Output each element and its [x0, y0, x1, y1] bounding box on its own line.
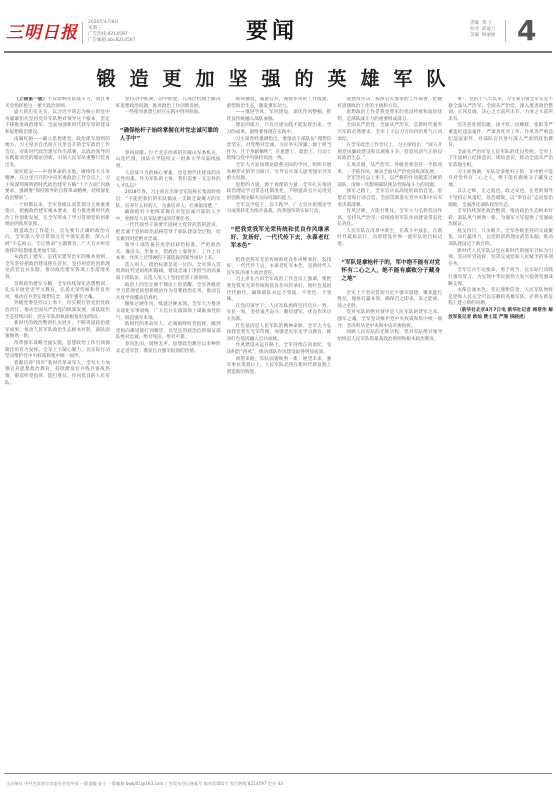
paragraph: 锻造政治工作能力，首先要有正确的政治方向。全军深入学习贯彻习近平强军思想，深入开… — [5, 229, 110, 255]
paragraph: 人是战斗力的核心要素，也是现代化建设的决定性因素。作为军队的主体，我们需要一支怎… — [116, 171, 221, 191]
paragraph: 在党的领导下，人民军队始终坚持官兵一致、军民一致，坚持艰苦奋斗、勤俭建军，优良作… — [227, 304, 332, 324]
paragraph: 事”，党的十八大以来，习主席引领全军坚定不移全面从严治军，全面从严治党，深入推进… — [448, 97, 553, 123]
paragraph: 全军坚持以上率下，以严格的作风锻造过硬的部队，清除一切影响部队纯洁性和战斗力的问… — [337, 176, 442, 189]
paragraph: 贯彻政治建军方略，全军持续深化思想整训，扎实开展党史学习教育，弘扬光荣传统和优良… — [5, 282, 110, 302]
paragraph: 理论的威力，只有付诸实践才能发挥出来。学习的成果，最终要体现在实践中。 — [227, 123, 332, 136]
paragraph: 红色基因是人民军队的精神命脉。全军大力弘扬我党我军光荣传统，加强党史军史学习教育… — [227, 324, 332, 344]
paragraph: 政治上的坚定源于理论上的清醒。全军各级把学习贯彻党的创新理论作为首要政治任务，推… — [116, 283, 221, 303]
paragraph: 新时代的革命军人，必须始终听党指挥，做到党指向哪里就打到哪里，以坚定的政治信仰保… — [116, 322, 221, 342]
article-headline: 锻造更加坚强的英雄军队 — [0, 64, 556, 91]
paragraph: 强军之路上，全军官兵以高度的政治自觉、思想自觉和行动自觉，全面贯彻落实党中央和中… — [337, 189, 442, 209]
paragraph: 新时代的政治整训扎实展开，不断巩固政治建军成果，推动人民军队政治生态根本好转，部… — [5, 321, 110, 341]
paragraph: 习主席在古田全军政治工作会议上强调，要把我党我军光荣传统和优良作风传承好，使红色… — [227, 277, 332, 303]
article-byline: （新华社北京4月7日电 新华社记者 梅常伟 解放军报记者 欧灿 费士廷 严珊 钱… — [448, 308, 553, 321]
paragraph: 南湖红船——确立思想建党、政治建军原则的地方。习主席亲自出席在这里召开的全军政治… — [5, 137, 110, 170]
column-2: 坚持动中抓教，动中抓建，在深层机理上解决好思想政治问题，推进政治工作创新发展。 … — [116, 97, 221, 763]
paragraph: 坚决查处郭伯雄、徐才厚、房峰辉、张阳等严重违纪违法案件，严肃查处对工作、作风等严… — [448, 123, 553, 149]
paragraph: 在全军政治工作会议上，习主席指出：“深入开展党风廉政建设和反腐败斗争，营造风清气… — [337, 143, 442, 163]
subheading-1: “确保枪杆子始终掌握在对党忠诚可靠的人手中” — [120, 127, 219, 143]
footer-rule — [4, 773, 552, 774]
paragraph: 全面从严治党、全面从严治军，是新时代强军兴军的必然要求，全军上下以刀刃向内的勇气… — [337, 123, 442, 143]
paragraph: 视频播放，诚邀官兵，锤炼作风的工作成就，重塑政治生态，激发强军动力。 — [227, 97, 332, 110]
paragraph: 各级党委坚持以上率下，切实履行管党治党政治责任，推动全面从严治党向纵深发展，部队… — [5, 301, 110, 321]
paragraph: 回望来路，军队面貌焕然一新；展望未来，强军事业蒸蒸日上。人民军队必将在新时代新征… — [227, 357, 332, 377]
paragraph: 确保枪杆子始终掌握在对党忠诚可靠的人手中，始终是人民军队建设的首要任务。 — [116, 210, 221, 223]
paragraph: 正风反腐，从严治军。各级党委坚持一手抓改革，一手抓作风，推动全面从严治党向纵深发… — [337, 163, 442, 176]
paragraph: 习主席曾经强调指出，要推动干部队伍“理想信念坚定、对党绝对忠诚、为民务实清廉、敢… — [227, 137, 332, 163]
subheading-3: “军队是拿枪杆子的，军中绝不能有对党怀有二心之人，绝不能有腐败分子藏身之地” — [341, 259, 440, 283]
header-rule — [4, 51, 552, 53]
issue-meta: 2020年4月8日 星期三 广告热线:8214597 广告邮箱:abc82145… — [88, 20, 136, 44]
paragraph: 习主席强调，军队是拿枪杆子的，军中绝不能有对党怀有二心之人，绝不能有腐败分子藏身… — [448, 170, 553, 190]
paragraph: 作风过硬，方能打胜仗。全军大力弘扬优良作风，坚持从严治军，持续推进军队作风建设常… — [337, 209, 442, 229]
paragraph: 思想政治工作是我党我军的优良传统和政治优势，是部队战斗力的重要组成部分。 — [337, 110, 442, 123]
paragraph: 回顾人民军队的光辉历程，党对军队绝对领导始终是人民军队的最高政治原则和根本政治制… — [337, 330, 442, 343]
paragraph: 一个时期以来，全军各级认真贯彻习主席重要指示，把握政治建军根本要求，着力推进新时… — [5, 203, 110, 229]
subheading-2: “把我党我军光荣传统和优良作风继承好、发扬好，一代代传下去，永葆老红军本色” — [231, 226, 330, 250]
paragraph: 把我党我军光荣传统和优良作风继承好、发扬好，一代代传下去，永葆老红军本色，是新时… — [227, 258, 332, 278]
paragraph: 着眼培养“四有”新时代革命军人，全军大力加强官兵思想政治教育，持续激发官兵练兵备… — [5, 361, 110, 387]
paragraph: 一些指导思想已经在实践中得到检验。 — [116, 110, 221, 117]
paragraph: 全军官兵牢记使命，勇于担当，以实际行动践行强军誓言，为实现中华民族伟大复兴提供坚… — [448, 268, 553, 288]
column-3: 视频播放，诚邀官兵，锤炼作风的工作成就，重塑政治生态，激发强军动力。 ——推进学… — [227, 97, 332, 763]
ad-mailbox: 广告邮箱:abc8214597 — [88, 38, 136, 44]
paragraph: 全面从严治军是人民军队的优良传统。全军上下牢固树立纪律意识、规矩意识，推动全面从… — [448, 150, 553, 170]
paragraph: 锤炼过硬作风，练就过硬本领。全军大力推进实战化军事训练，广大官兵在演训场上砥砺血… — [116, 302, 221, 322]
column-5: 事”，党的十八大以来，习主席引领全军坚定不移全面从严治军，全面从严治党，深入推进… — [448, 97, 553, 763]
paragraph: 永葆忠诚本色，坚定理想信念。人民军队始终是党和人民完全可以信赖的英雄军队，必将在… — [448, 288, 553, 308]
paragraph: 党对军队的绝对领导是人民军队的建军之本、强军之魂。全军坚决维护党中央权威和集中统… — [337, 310, 442, 330]
paragraph: 枕戈待旦，只争朝夕。全军各级坚持向实战聚焦、向打赢用力，以党的创新理论武装头脑，… — [448, 229, 553, 249]
paragraph: 领导干部选拔任用坚持政治标准，严把政治关、廉洁关、形象关，把政治上靠得住、工作上… — [116, 243, 221, 263]
paragraph: 一代代领导干部要牢固树立党管武装的意识，把忠诚于党的政治品格贯穿于部队建设全过程… — [116, 223, 221, 243]
paragraph: 盛大的历史关头，以习近平同志为核心的党中央紧紧扭住坚持党对军队绝对领导这个根本，… — [5, 110, 110, 136]
column-1: （上接第一版）不仅影响军队战斗力，而且事关党指挥枪这一重大政治原则。 盛大的历史… — [5, 97, 110, 763]
paragraph: 2018年春，习主席在出席全军院校长集训时指出：“不能把我们的军队搞成一支缺乏凝… — [116, 190, 221, 210]
paragraph: 人民军队在改革中新生，在战斗中成长，在新时代砥砺前行，向着建设世界一流军队的目标… — [337, 229, 442, 249]
paragraph: 春风化雨，润物无声。思想政治教育以多种形式走进军营，激发官兵强军报国的热情。 — [116, 342, 221, 355]
paragraph: 从政治上建军，是我军建军治军的根本原则。全军坚持把政治建设摆在首位，坚持用党的创… — [5, 255, 110, 281]
paragraph: 全军持续深化政治整训，推动政治生态根本好转，部队风气焕然一新，为强军兴军提供了坚… — [448, 209, 553, 229]
paragraph: 能整改坚决、按照有关要求的工作部署，把握好思想政治工作的主线和方向。 — [337, 97, 442, 110]
imprint-footer: 主办单位 中共巴彦淖尔市委员会宣传部 一版责编 安子 一版邮箱 bwbj01@1… — [6, 781, 552, 787]
continuation-tag: （上接第一版） — [14, 97, 48, 102]
paragraph: 春风送暖。位于北京西郊的宫殿山军委机关，山花烂漫。国防大学院校又一批师大学员陆续… — [116, 151, 221, 171]
paragraph: 坚持动中抓教，动中抓建，在深层机理上解决好思想政治问题，推进政治工作创新发展。 — [116, 97, 221, 110]
column-4: 能整改坚决、按照有关要求的工作部署，把握好思想政治工作的主线和方向。 思想政治工… — [337, 97, 442, 763]
section-title: 要闻 — [246, 14, 298, 45]
paragraph: 探究延安——中国革命的圣地，赓续伟大斗争精神。在这里召开的中央军委政治工作会议上… — [5, 170, 110, 203]
paragraph: 改革强军战略全面实施，思想政治工作引领保障作用有力发挥。全军上下凝心聚力，以实际… — [5, 341, 110, 361]
paragraph: 以正之师，无之敌也。政之安也，在党的领导下坚持正风肃纪、惩治腐败，以“零容忍”态… — [448, 189, 553, 209]
paragraph: ——推进学风、军风建设，深化作风整顿，把优良传统融入部队血脉。 — [227, 110, 332, 123]
paragraph: 选人用人，政治标准是第一位的。全军深入贯彻新时代党的组织路线，建设忠诚干净担当的… — [116, 263, 221, 283]
editors-credit: 责编 黄 子 校对 邱嘉力 美编 杨丽丽 — [470, 21, 495, 39]
newspaper-logo: 三明日报 — [6, 18, 78, 43]
article-body: （上接第一版）不仅影响军队战斗力，而且事关党指挥枪这一重大政治原则。 盛大的历史… — [5, 97, 553, 763]
page-number: 4 — [517, 14, 536, 47]
paragraph: 新时代人民军队以党在新时代的强军目标为引领，坚决听党指挥，坚决完成党和人民赋予的… — [448, 249, 553, 269]
paragraph: 全军以学促干、以干践学，广大官兵把理论学习成果转化为练兵备战、改革强军的实际行动… — [227, 203, 332, 216]
paragraph: 全军上下坚决贯彻习近平强军思想，聚焦能打胜仗，锤炼打赢本领，确保召之即来、来之能… — [337, 291, 442, 311]
editors-divider — [505, 20, 506, 42]
paragraph: 思想的力量，源于真理的力量。全军扎实推进政治理论学习常态化制度化，不断提高官兵运… — [227, 183, 332, 203]
logo-divider — [82, 22, 83, 44]
masthead: 三明日报 2020年4月8日 星期三 广告热线:8214597 广告邮箱:abc… — [0, 0, 556, 46]
paragraph: 全军大力发扬理论联系实际的学风，组织开展各种形式的学习研讨，引导官兵深入思考强军… — [227, 163, 332, 183]
paragraph: 作风建设永远在路上。全军持续正风肃纪，坚决纠治“四风”，推动部队作风建设取得明显… — [227, 343, 332, 356]
